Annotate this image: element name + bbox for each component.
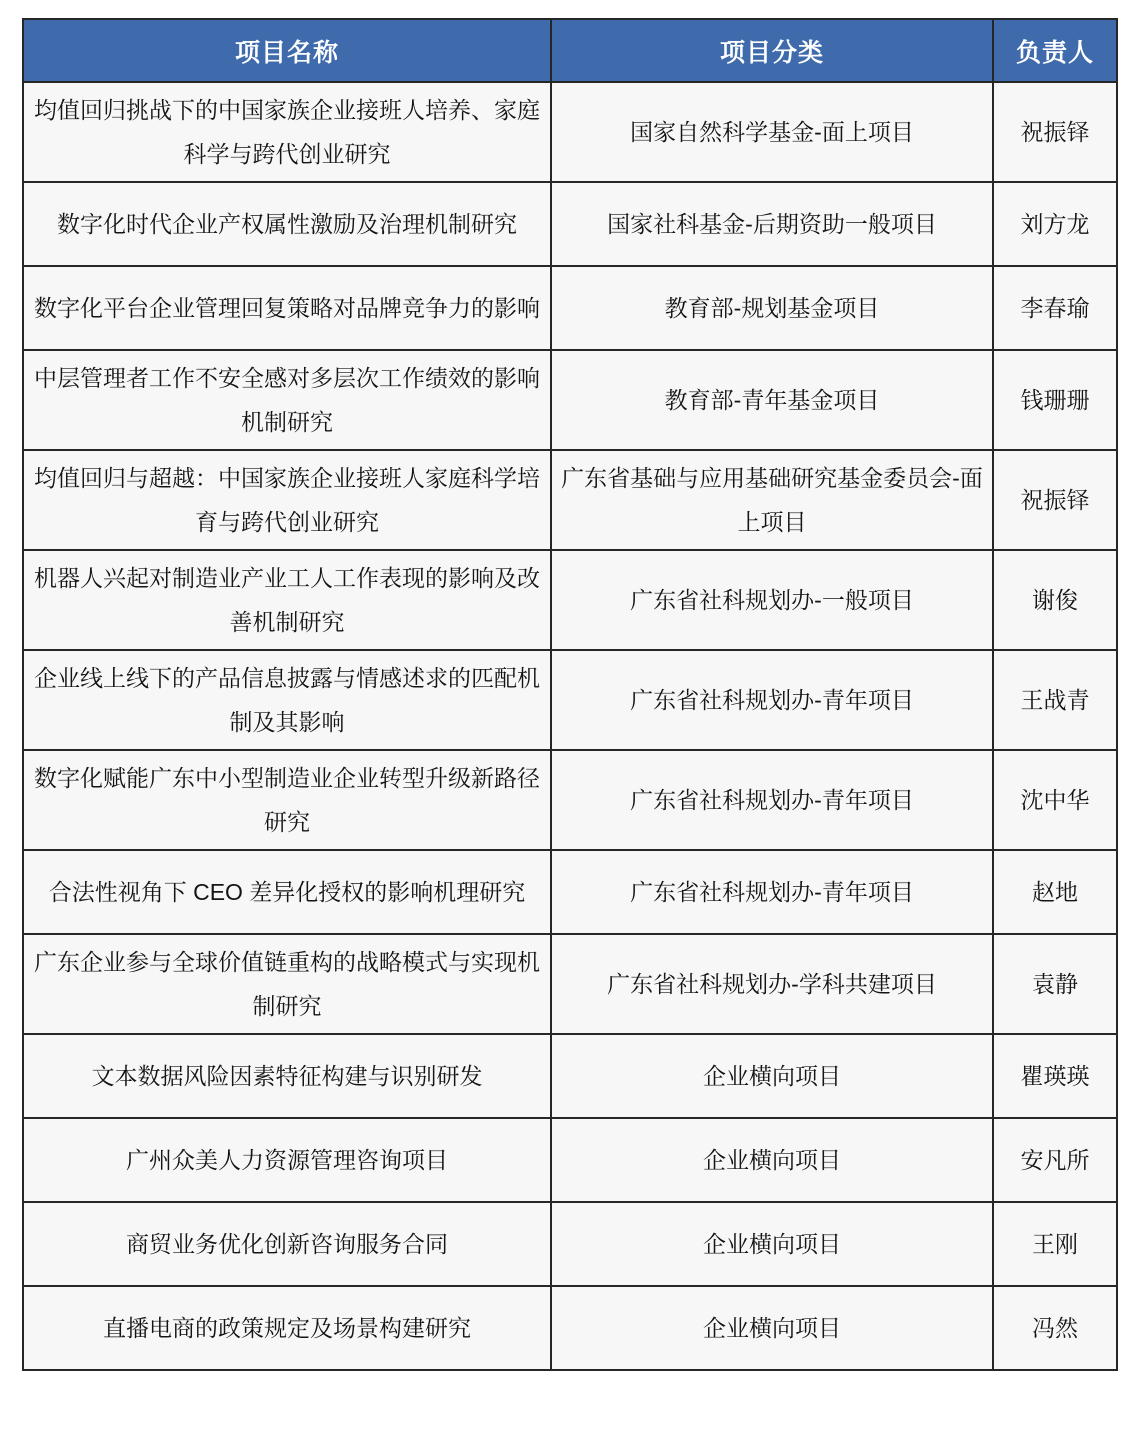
- header-project-category: 项目分类: [551, 19, 993, 82]
- project-name-cell: 数字化赋能广东中小型制造业企业转型升级新路径研究: [23, 750, 551, 850]
- project-category-cell: 广东省社科规划办-一般项目: [551, 550, 993, 650]
- table-row: 广州众美人力资源管理咨询项目企业横向项目安凡所: [23, 1118, 1117, 1202]
- project-name-cell: 数字化时代企业产权属性激励及治理机制研究: [23, 182, 551, 266]
- table-body: 均值回归挑战下的中国家族企业接班人培养、家庭科学与跨代创业研究国家自然科学基金-…: [23, 82, 1117, 1370]
- project-name-cell: 商贸业务优化创新咨询服务合同: [23, 1202, 551, 1286]
- project-lead-cell: 安凡所: [993, 1118, 1117, 1202]
- project-category-cell: 广东省社科规划办-青年项目: [551, 650, 993, 750]
- project-lead-cell: 袁静: [993, 934, 1117, 1034]
- table-row: 均值回归与超越：中国家族企业接班人家庭科学培育与跨代创业研究广东省基础与应用基础…: [23, 450, 1117, 550]
- table-header: 项目名称 项目分类 负责人: [23, 19, 1117, 82]
- project-lead-cell: 谢俊: [993, 550, 1117, 650]
- table-row: 均值回归挑战下的中国家族企业接班人培养、家庭科学与跨代创业研究国家自然科学基金-…: [23, 82, 1117, 182]
- project-lead-cell: 赵地: [993, 850, 1117, 934]
- project-name-cell: 广东企业参与全球价值链重构的战略模式与实现机制研究: [23, 934, 551, 1034]
- project-name-cell: 数字化平台企业管理回复策略对品牌竞争力的影响: [23, 266, 551, 350]
- table-row: 广东企业参与全球价值链重构的战略模式与实现机制研究广东省社科规划办-学科共建项目…: [23, 934, 1117, 1034]
- table-row: 文本数据风险因素特征构建与识别研发企业横向项目瞿瑛瑛: [23, 1034, 1117, 1118]
- project-category-cell: 教育部-规划基金项目: [551, 266, 993, 350]
- project-name-cell: 文本数据风险因素特征构建与识别研发: [23, 1034, 551, 1118]
- table-row: 企业线上线下的产品信息披露与情感述求的匹配机制及其影响广东省社科规划办-青年项目…: [23, 650, 1117, 750]
- project-category-cell: 国家自然科学基金-面上项目: [551, 82, 993, 182]
- project-lead-cell: 李春瑜: [993, 266, 1117, 350]
- table-row: 商贸业务优化创新咨询服务合同企业横向项目王刚: [23, 1202, 1117, 1286]
- project-lead-cell: 瞿瑛瑛: [993, 1034, 1117, 1118]
- project-lead-cell: 王刚: [993, 1202, 1117, 1286]
- page: 项目名称 项目分类 负责人 均值回归挑战下的中国家族企业接班人培养、家庭科学与跨…: [0, 0, 1139, 1449]
- project-category-cell: 广东省社科规划办-青年项目: [551, 850, 993, 934]
- project-name-cell: 均值回归挑战下的中国家族企业接班人培养、家庭科学与跨代创业研究: [23, 82, 551, 182]
- project-lead-cell: 冯然: [993, 1286, 1117, 1370]
- table-row: 合法性视角下 CEO 差异化授权的影响机理研究广东省社科规划办-青年项目赵地: [23, 850, 1117, 934]
- table-row: 直播电商的政策规定及场景构建研究企业横向项目冯然: [23, 1286, 1117, 1370]
- project-category-cell: 广东省社科规划办-学科共建项目: [551, 934, 993, 1034]
- project-lead-cell: 祝振铎: [993, 450, 1117, 550]
- project-category-cell: 国家社科基金-后期资助一般项目: [551, 182, 993, 266]
- project-category-cell: 教育部-青年基金项目: [551, 350, 993, 450]
- project-category-cell: 企业横向项目: [551, 1286, 993, 1370]
- project-category-cell: 企业横向项目: [551, 1118, 993, 1202]
- header-project-name: 项目名称: [23, 19, 551, 82]
- project-lead-cell: 王战青: [993, 650, 1117, 750]
- projects-table: 项目名称 项目分类 负责人 均值回归挑战下的中国家族企业接班人培养、家庭科学与跨…: [22, 18, 1118, 1371]
- header-row: 项目名称 项目分类 负责人: [23, 19, 1117, 82]
- table-row: 数字化时代企业产权属性激励及治理机制研究国家社科基金-后期资助一般项目刘方龙: [23, 182, 1117, 266]
- project-name-cell: 广州众美人力资源管理咨询项目: [23, 1118, 551, 1202]
- project-name-cell: 中层管理者工作不安全感对多层次工作绩效的影响机制研究: [23, 350, 551, 450]
- project-name-cell: 机器人兴起对制造业产业工人工作表现的影响及改善机制研究: [23, 550, 551, 650]
- header-project-lead: 负责人: [993, 19, 1117, 82]
- project-lead-cell: 沈中华: [993, 750, 1117, 850]
- table-row: 中层管理者工作不安全感对多层次工作绩效的影响机制研究教育部-青年基金项目钱珊珊: [23, 350, 1117, 450]
- project-name-cell: 合法性视角下 CEO 差异化授权的影响机理研究: [23, 850, 551, 934]
- project-lead-cell: 钱珊珊: [993, 350, 1117, 450]
- table-row: 机器人兴起对制造业产业工人工作表现的影响及改善机制研究广东省社科规划办-一般项目…: [23, 550, 1117, 650]
- project-category-cell: 广东省社科规划办-青年项目: [551, 750, 993, 850]
- project-name-cell: 企业线上线下的产品信息披露与情感述求的匹配机制及其影响: [23, 650, 551, 750]
- project-lead-cell: 祝振铎: [993, 82, 1117, 182]
- project-name-cell: 均值回归与超越：中国家族企业接班人家庭科学培育与跨代创业研究: [23, 450, 551, 550]
- project-lead-cell: 刘方龙: [993, 182, 1117, 266]
- table-row: 数字化平台企业管理回复策略对品牌竞争力的影响教育部-规划基金项目李春瑜: [23, 266, 1117, 350]
- project-category-cell: 广东省基础与应用基础研究基金委员会-面上项目: [551, 450, 993, 550]
- project-category-cell: 企业横向项目: [551, 1202, 993, 1286]
- project-name-cell: 直播电商的政策规定及场景构建研究: [23, 1286, 551, 1370]
- table-row: 数字化赋能广东中小型制造业企业转型升级新路径研究广东省社科规划办-青年项目沈中华: [23, 750, 1117, 850]
- project-category-cell: 企业横向项目: [551, 1034, 993, 1118]
